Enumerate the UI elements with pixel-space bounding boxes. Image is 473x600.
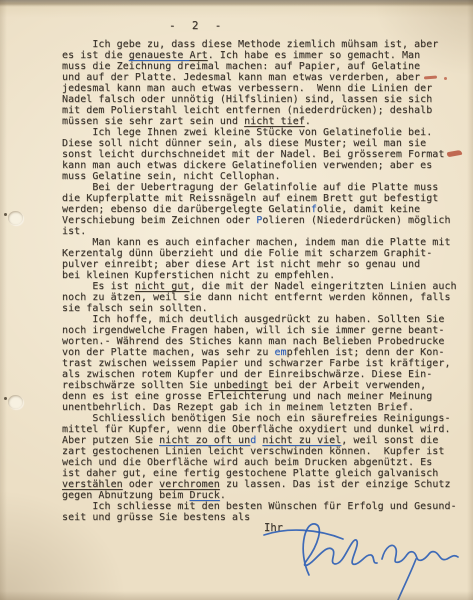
text-segment: noch zu ätzen, weil sie dann nicht entfe… [62,292,451,303]
text-segment: denn es ist eine grosse Erleichterung un… [62,391,432,402]
punch-hole-bottom [8,395,23,409]
text-segment: Nadel falsch oder unnötig (Hilfslinien) … [62,94,432,105]
text-line: denn es ist eine grosse Erleichterung un… [62,391,464,402]
text-line: werden; ebenso die darübergelegte Gelati… [62,204,464,215]
text-segment: Druck [189,490,219,501]
text-segment: sie falsch sein sollten. [62,303,208,314]
page-number: - 2 - [169,19,222,32]
text-line: reibschwärze sollten Sie unbedingt bei d… [62,380,464,391]
text-segment: nicht zo oft un [159,435,250,446]
text-segment: Ich lege Ihnen zwei kleine Stücke von Ge… [62,127,432,138]
text-segment: Aber putzen Sie [62,435,159,446]
text-line: ist. [62,226,464,237]
text-segment: verchromen [159,479,220,490]
text-segment: Verschiebung beim Zeichnen oder [62,215,256,226]
text-segment: und auf der Platte. Jedesmal kann man et… [62,72,420,83]
text-segment: seit und grüsse Sie bestens als [62,512,250,523]
text-segment: kann man auch etwas dickere Gelatinefoli… [62,160,432,171]
text-segment: olie, damit keine [317,204,420,215]
text-segment: Diese soll nicht dünner sein, als diese … [62,138,426,149]
paragraph: Schliesslich benötigen Sie noch ein säur… [62,413,464,501]
text-line: weich und die Oberfläche wird auch beim … [62,457,464,468]
paragraph: Ich lege Ihnen zwei kleine Stücke von Ge… [62,127,464,182]
text-line: Diese soll nicht dünner sein, als diese … [62,138,464,149]
text-segment: oder [123,479,159,490]
text-segment: worten.- Während des Stiches kann man na… [62,336,444,347]
text-segment: Ich hoffe, mich deutlich ausgedrückt zu … [62,314,444,325]
text-line: pulver einreibt; aber diese Art ist nich… [62,259,464,270]
text-segment: nicht zu viel [262,435,341,446]
red-pencil-dot [444,77,447,80]
text-segment: nicht gut [135,281,190,292]
text-segment: unentbehrlich. Das Rezept gab ich in mei… [62,402,414,413]
text-line: bei kleinen Kupferstichen nicht zu empfe… [62,270,464,281]
text-segment: reibschwärze sollten Sie [62,380,214,391]
text-line: Aber putzen Sie nicht zo oft und nicht z… [62,435,464,446]
text-segment: ist daher gut, eine fertig gestochene Pl… [62,468,438,479]
text-line: mit dem Polierstahl leicht entfernen (ni… [62,105,464,116]
text-segment: Man kann es auch einfacher machen, indem… [62,237,451,248]
text-line: als zwischen rotem Kupfer und der Einrei… [62,369,464,380]
text-line: Ich hoffe, mich deutlich ausgedrückt zu … [62,314,464,325]
text-segment: sonst leicht durchschneidet mit der Nade… [62,149,444,160]
text-segment: gegen Abnutzung beim [62,490,189,501]
text-segment: pulver einreibt; aber diese Art ist nich… [62,259,420,270]
letter-body: Ich gebe zu, dass diese Methode ziemlich… [62,39,464,523]
paragraph: Ich gebe zu, dass diese Methode ziemlich… [62,39,464,127]
punch-hole-top [8,211,23,225]
text-segment: olieren (Niederdrücken) möglich [262,215,450,226]
text-segment: Bei der Uebertragung der Gelatinfolie au… [62,182,438,193]
text-line: Ich schliesse mit den besten Wünschen fü… [62,501,464,512]
paragraph: Ich hoffe, mich deutlich ausgedrückt zu … [62,314,464,413]
text-segment: ist. [62,226,86,237]
text-line: noch zu ätzen, weil sie dann nicht entfe… [62,292,464,303]
text-segment: noch irgendwelche Fragen haben, will ich… [62,325,444,336]
signature-ink [230,512,473,600]
letter-page: - 2 - Ich gebe zu, dass diese Methode zi… [0,0,473,600]
text-line: unentbehrlich. Das Rezept gab ich in mei… [62,402,464,413]
text-segment: . Ich habe es immer so gemacht. Man [208,50,420,61]
text-segment: muss die Zeichnung dreimal machen: auf P… [62,61,420,72]
text-line: Es ist nicht gut, die mit der Nadel eing… [62,281,464,292]
text-line: Schliesslich benötigen Sie noch ein säur… [62,413,464,424]
text-segment: Ich schliesse mit den besten Wünschen fü… [62,501,457,512]
text-segment: die Kupferplatte mit Reissnägeln auf ein… [62,193,438,204]
text-segment: , weil sonst die [341,435,438,446]
text-line: und auf der Platte. Jedesmal kann man et… [62,72,464,83]
text-segment: trast zwischen weissem Papier und schwar… [62,358,451,369]
text-segment: es ist die [62,50,129,61]
text-line: ist daher gut, eine fertig gestochene Pl… [62,468,464,479]
paragraph: Es ist nicht gut, die mit der Nadel eing… [62,281,464,314]
text-segment: nicht tief [244,116,305,127]
text-line: trast zwischen weissem Papier und schwar… [62,358,464,369]
text-segment: , die mit der Nadel eingeritzten Linien … [190,281,457,292]
text-line: muss Gelatine sein, nicht Cellophan. [62,171,464,182]
fold-crease [0,0,473,6]
signature-second-word [382,545,458,562]
text-line: jedesmal kann man auch etwas verbessern.… [62,83,464,94]
text-line: Bei der Uebertragung der Gelatinfolie au… [62,182,464,193]
text-line: kann man auch etwas dickere Gelatinefoli… [62,160,464,171]
text-line: gegen Abnutzung beim Druck. [62,490,464,501]
text-segment: Schliesslich benötigen Sie noch ein säur… [62,413,451,424]
text-line: Ich lege Ihnen zwei kleine Stücke von Ge… [62,127,464,138]
text-line: von der Platte machen, was sehr zu empfe… [62,347,464,358]
text-segment: genaueste [129,50,190,61]
text-segment: Es ist [62,281,135,292]
paragraph: Man kann es auch einfacher machen, indem… [62,237,464,281]
text-line: verstählen oder verchromen zu lassen. Da… [62,479,464,490]
text-line: die Kupferplatte mit Reissnägeln auf ein… [62,193,464,204]
text-segment: als zwischen rotem Kupfer und der Einrei… [62,369,432,380]
paragraph: Bei der Uebertragung der Gelatinfolie au… [62,182,464,237]
text-line: muss die Zeichnung dreimal machen: auf P… [62,61,464,72]
text-segment: em [274,347,286,358]
text-segment: mittel für Kupfer, wenn die Oberfläche o… [62,424,451,435]
text-line: Ich gebe zu, dass diese Methode ziemlich… [62,39,464,50]
text-segment: bei der Arbeit verwenden, [268,380,426,391]
text-segment: werden; ebenso die darübergelegte Gelati… [62,204,311,215]
text-line: müssen sie sehr zart sein und nicht tief… [62,116,464,127]
text-segment: pfehlen ist; denn der Kon- [287,347,445,358]
text-segment: muss Gelatine sein, nicht Cellophan. [62,171,281,182]
signature-descender [398,559,416,600]
text-segment: . [220,490,226,501]
text-segment: zart gestochenen Linien leicht verschwin… [62,446,444,457]
text-line: es ist die genaueste Art. Ich habe es im… [62,50,464,61]
text-segment: Ich gebe zu, dass diese Methode ziemlich… [62,39,438,50]
text-line: Nadel falsch oder unnötig (Hilfslinien) … [62,94,464,105]
text-line: Verschiebung beim Zeichnen oder Polieren… [62,215,464,226]
text-segment: von der Platte machen, was sehr zu [62,347,274,358]
text-segment: . [305,116,311,127]
text-line: noch irgendwelche Fragen haben, will ich… [62,325,464,336]
text-line: Man kann es auch einfacher machen, indem… [62,237,464,248]
text-line: zart gestochenen Linien leicht verschwin… [62,446,464,457]
text-line: sie falsch sein sollten. [62,303,464,314]
text-segment: Kerzentalg dünn überzieht und die Folie … [62,248,432,259]
text-segment: müssen sie sehr zart sein und [62,116,244,127]
text-line: Kerzentalg dünn überzieht und die Folie … [62,248,464,259]
text-segment: zu lassen. Das ist der einzige Schutz [220,479,451,490]
text-line: mittel für Kupfer, wenn die Oberfläche o… [62,424,464,435]
text-segment: Art [190,50,208,61]
text-segment: weich und die Oberfläche wird auch beim … [62,457,432,468]
text-segment: mit dem Polierstahl leicht entfernen (ni… [62,105,432,116]
text-segment: unbedingt [214,380,269,391]
text-line: sonst leicht durchschneidet mit der Nade… [62,149,464,160]
text-segment: verstählen [62,479,123,490]
text-segment: bei kleinen Kupferstichen nicht zu empfe… [62,270,335,281]
text-line: worten.- Während des Stiches kann man na… [62,336,464,347]
text-segment: jedesmal kann man auch etwas verbessern.… [62,83,432,94]
